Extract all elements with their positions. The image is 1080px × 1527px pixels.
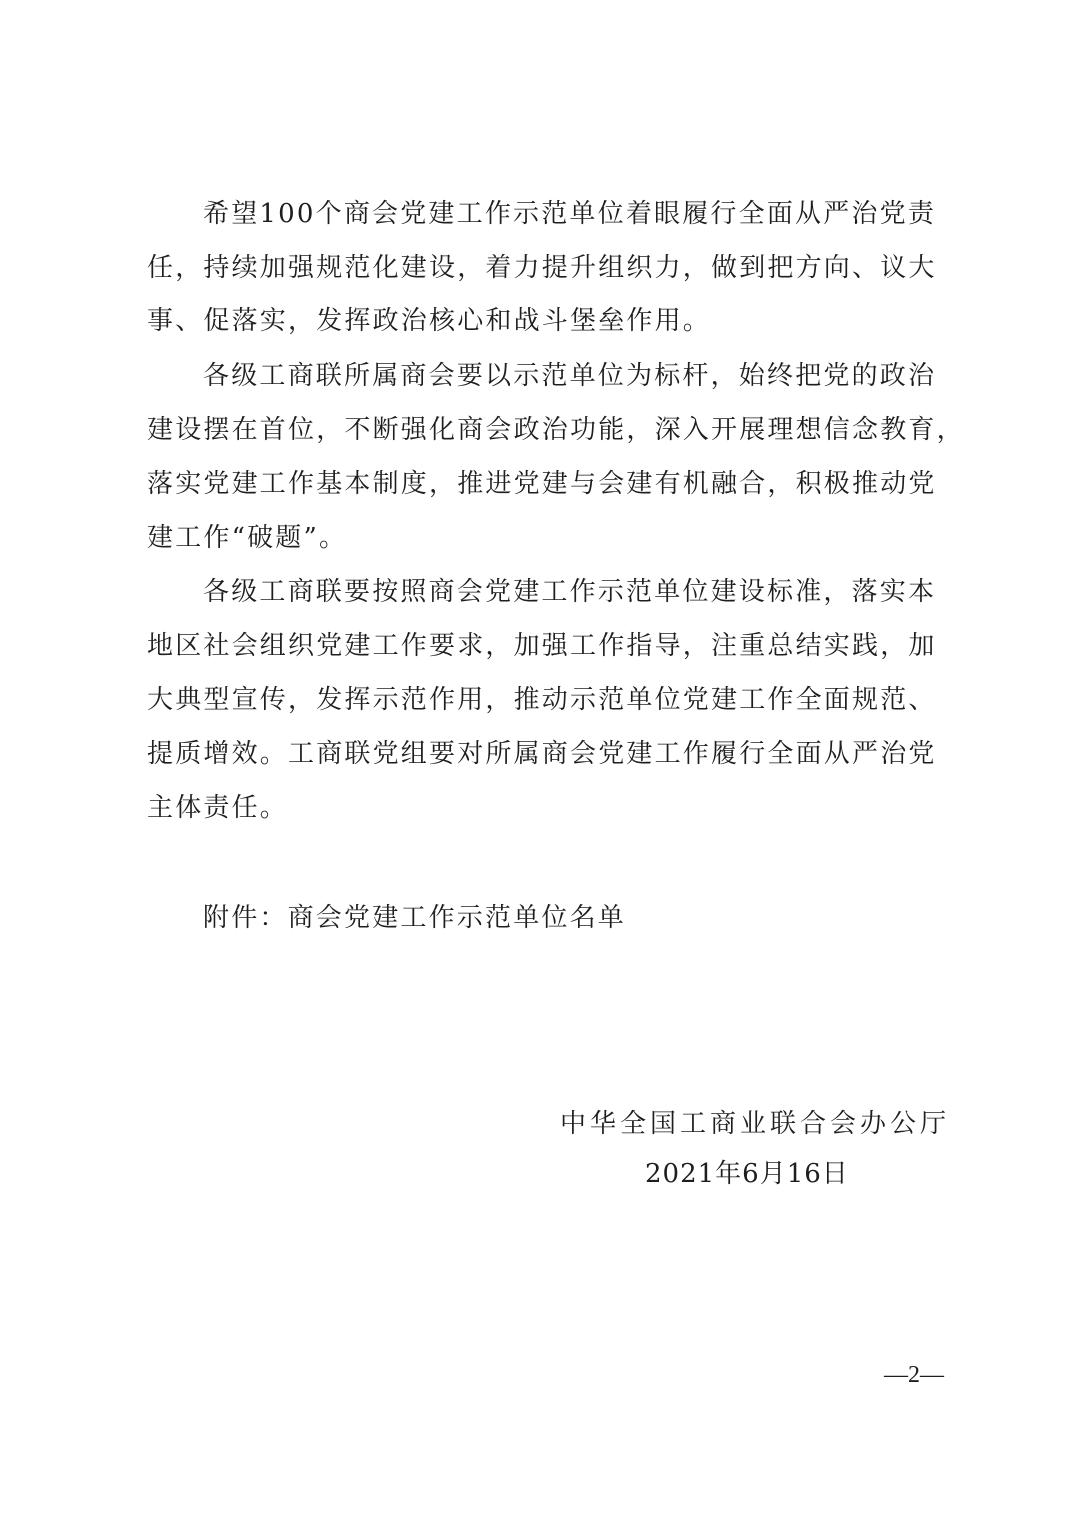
signature-organization: 中华全国工商业联合会办公厅	[560, 1107, 950, 1141]
signature-date: 2021年6月16日	[645, 1157, 849, 1191]
paragraph-1-line-2: 任，持续加强规范化建设，着力提升组织力，做到把方向、议大	[147, 251, 947, 285]
paragraph-1-line-3: 事、促落实，发挥政治核心和战斗堡垒作用。	[147, 304, 947, 338]
paragraph-1-line-1: 希望100个商会党建工作示范单位着眼履行全面从严治党责	[203, 197, 1003, 231]
paragraph-3-line-4: 提质增效。工商联党组要对所属商会党建工作履行全面从严治党	[147, 737, 947, 771]
paragraph-3-line-1: 各级工商联要按照商会党建工作示范单位建设标准，落实本	[203, 575, 1003, 609]
paragraph-3-line-2: 地区社会组织党建工作要求，加强工作指导，注重总结实践，加	[147, 629, 947, 663]
paragraph-2-line-3: 落实党建工作基本制度，推进党建与会建有机融合，积极推动党	[147, 467, 947, 501]
document-page: 希望100个商会党建工作示范单位着眼履行全面从严治党责 任，持续加强规范化建设，…	[0, 0, 1080, 1527]
paragraph-2-line-1: 各级工商联所属商会要以示范单位为标杆，始终把党的政治	[203, 359, 1003, 393]
paragraph-2-line-4: 建工作“破题”。	[147, 521, 947, 555]
attachment-note: 附件：商会党建工作示范单位名单	[203, 901, 626, 935]
paragraph-3-line-3: 大典型宣传，发挥示范作用，推动示范单位党建工作全面规范、	[147, 683, 947, 717]
paragraph-3-line-5: 主体责任。	[147, 791, 947, 825]
paragraph-2-line-2: 建设摆在首位，不断强化商会政治功能，深入开展理想信念教育，	[147, 413, 947, 447]
page-number: —2—	[884, 1360, 944, 1390]
